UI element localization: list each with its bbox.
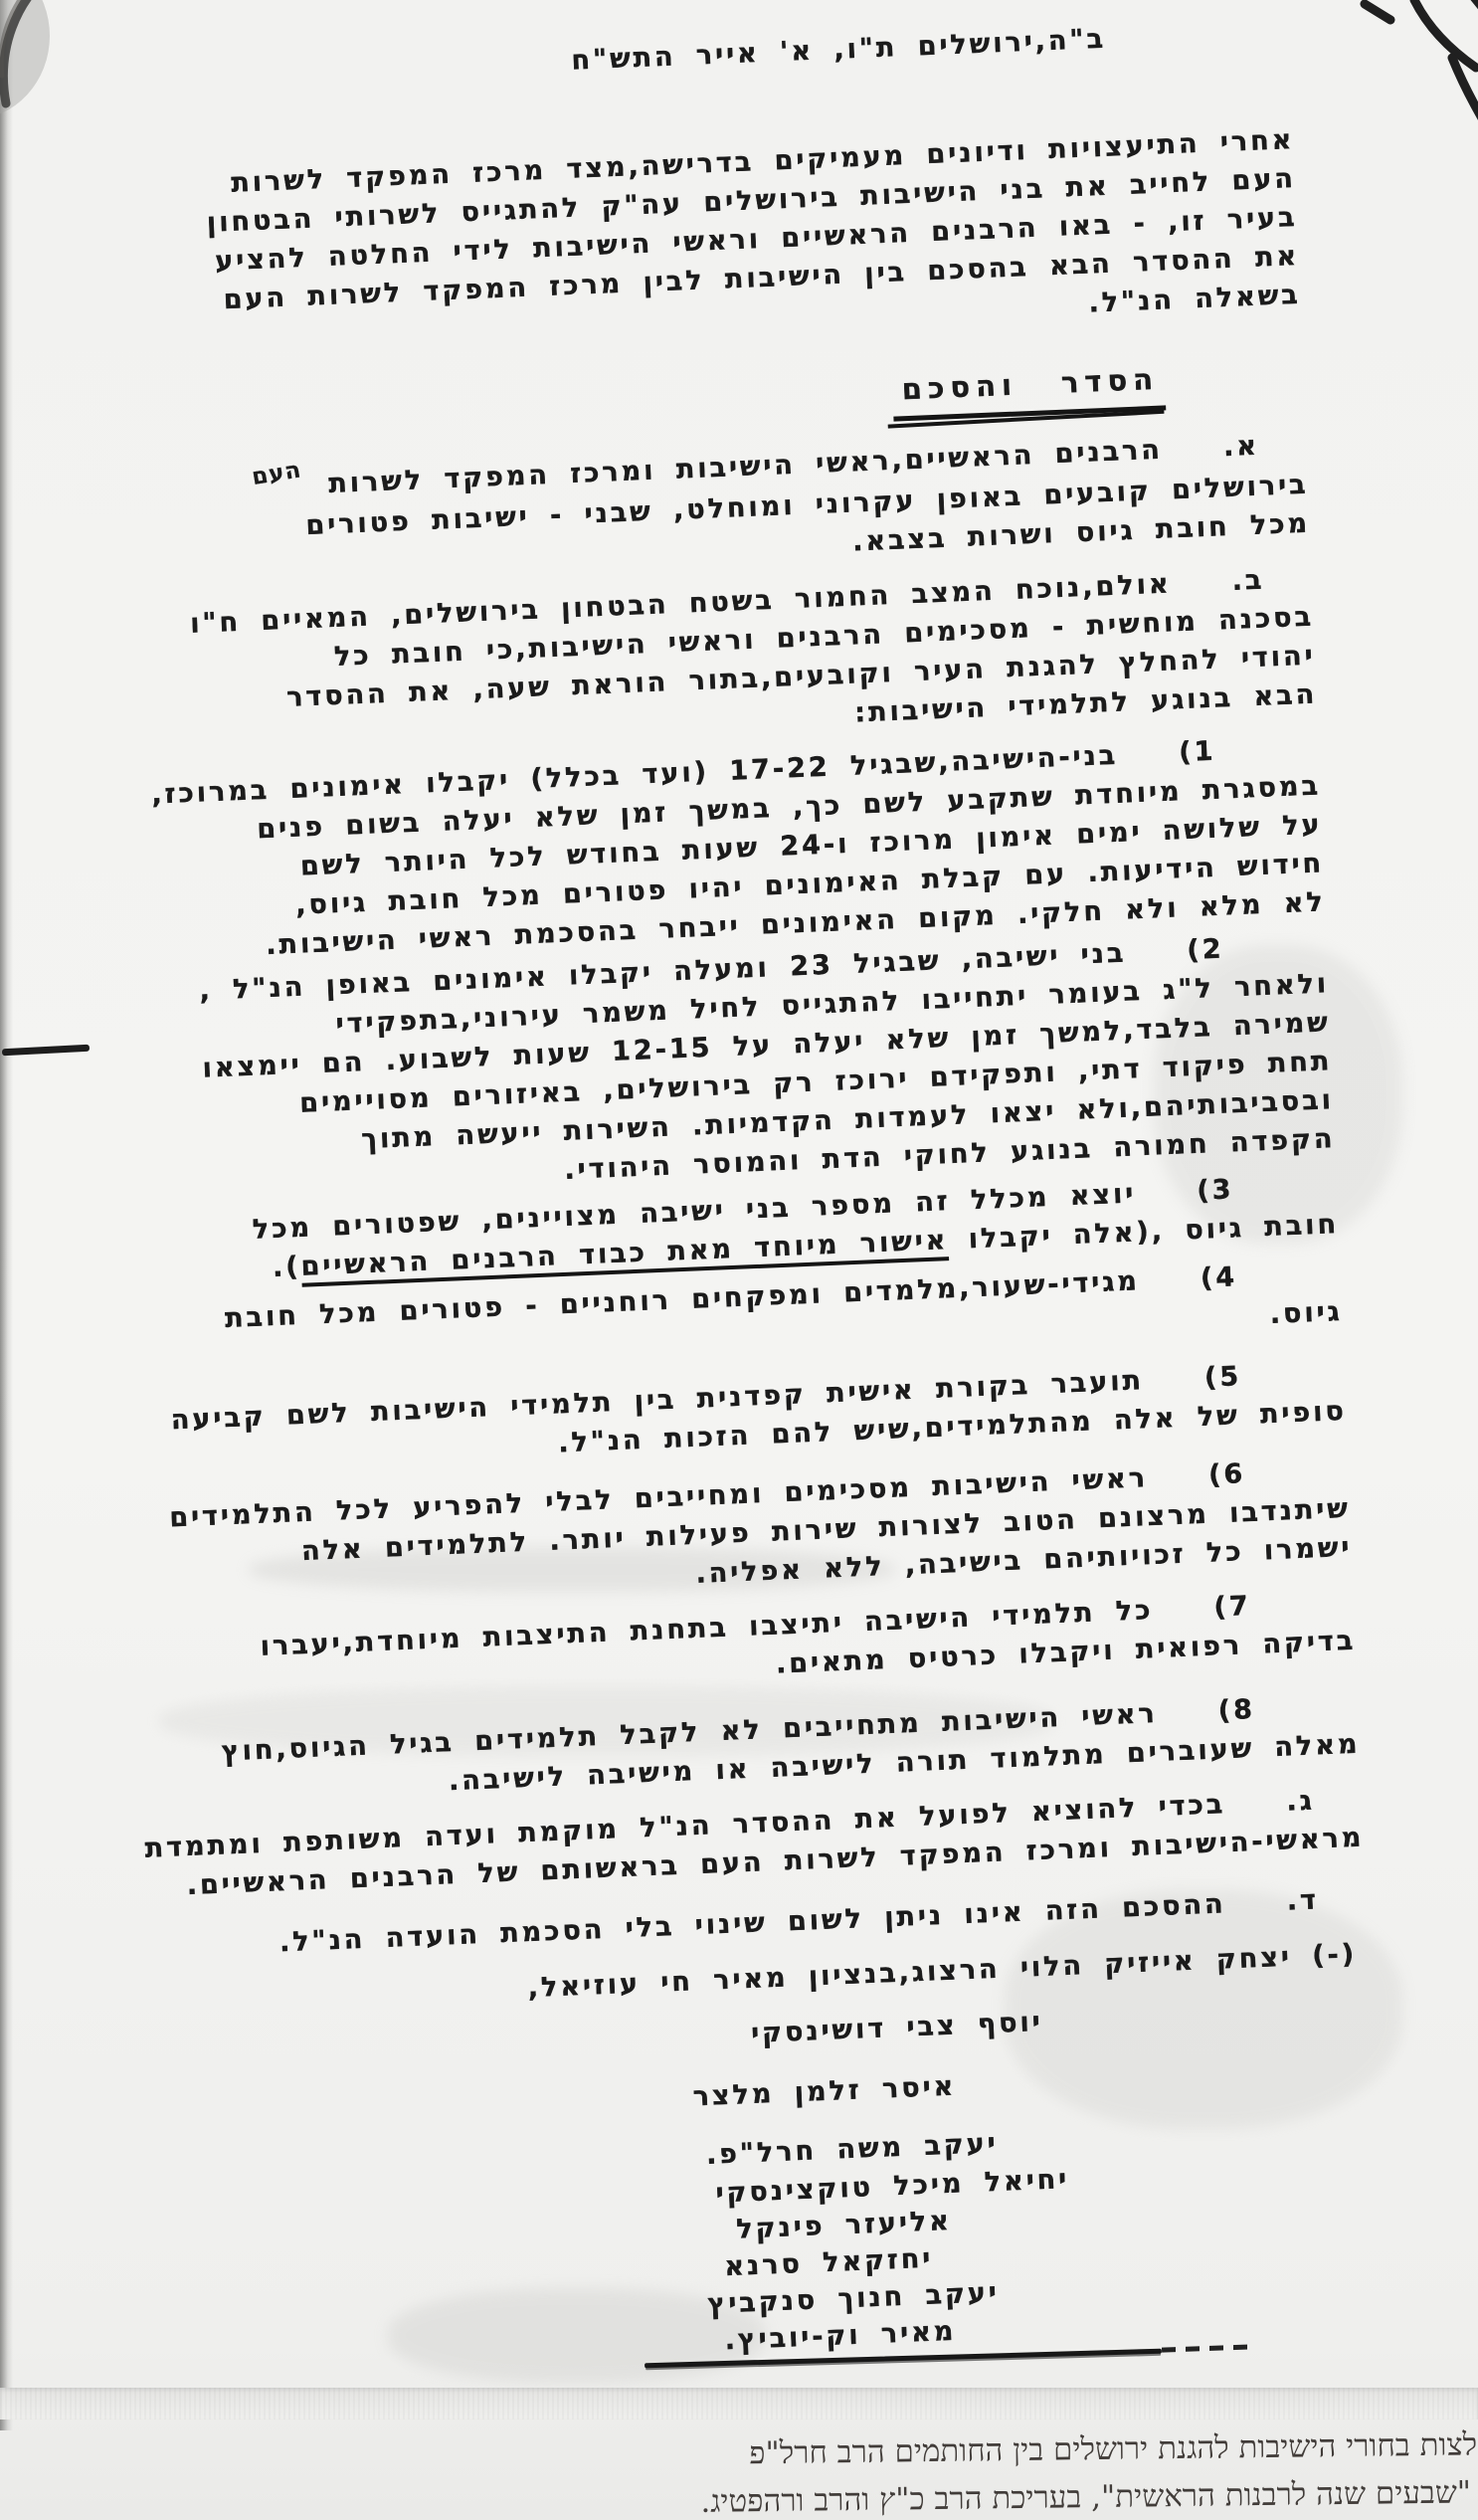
handwritten-underline-dashes — [1162, 2344, 1253, 2352]
clause-2: 2) בני ישיבה, שבגיל 23 ומעלה יקבלו אימונ… — [84, 925, 1337, 1209]
section-bet: ב. אולם,נוכח המצב החמור בשטח הבטחון בירו… — [69, 559, 1318, 765]
handwritten-insertion: העם — [250, 451, 305, 497]
page-seam — [0, 2388, 1478, 2420]
signature-line: איסר זלמן מלצר — [129, 2067, 957, 2138]
pen-scribble-icon — [1355, 0, 1478, 205]
handwritten-margin-dash — [2, 1045, 90, 1057]
scanned-document-page: ב"ה,ירושלים ת"ו, א' אייר התש"ח אחרי התיע… — [0, 0, 1478, 2520]
book-caption: חלצות בחורי הישיבות להגנת ירושלים בין הח… — [700, 2421, 1478, 2520]
intro-paragraph: אחרי התיעצויות ודיונים מעמיקים בדרישה,מצ… — [51, 120, 1302, 365]
caption-line: ר "שבעים שנה לרבנות הראשית", בעריכת הרב … — [700, 2468, 1478, 2520]
scan-edge-shadow — [0, 0, 13, 2430]
date-line: ב"ה,ירושלים ת"ו, א' אייר התש"ח — [46, 20, 1107, 102]
document-title-text: הסדר והסכם — [891, 359, 1166, 421]
typewritten-agreement: ב"ה,ירושלים ת"ו, א' אייר התש"ח אחרי התיע… — [46, 12, 1385, 2383]
